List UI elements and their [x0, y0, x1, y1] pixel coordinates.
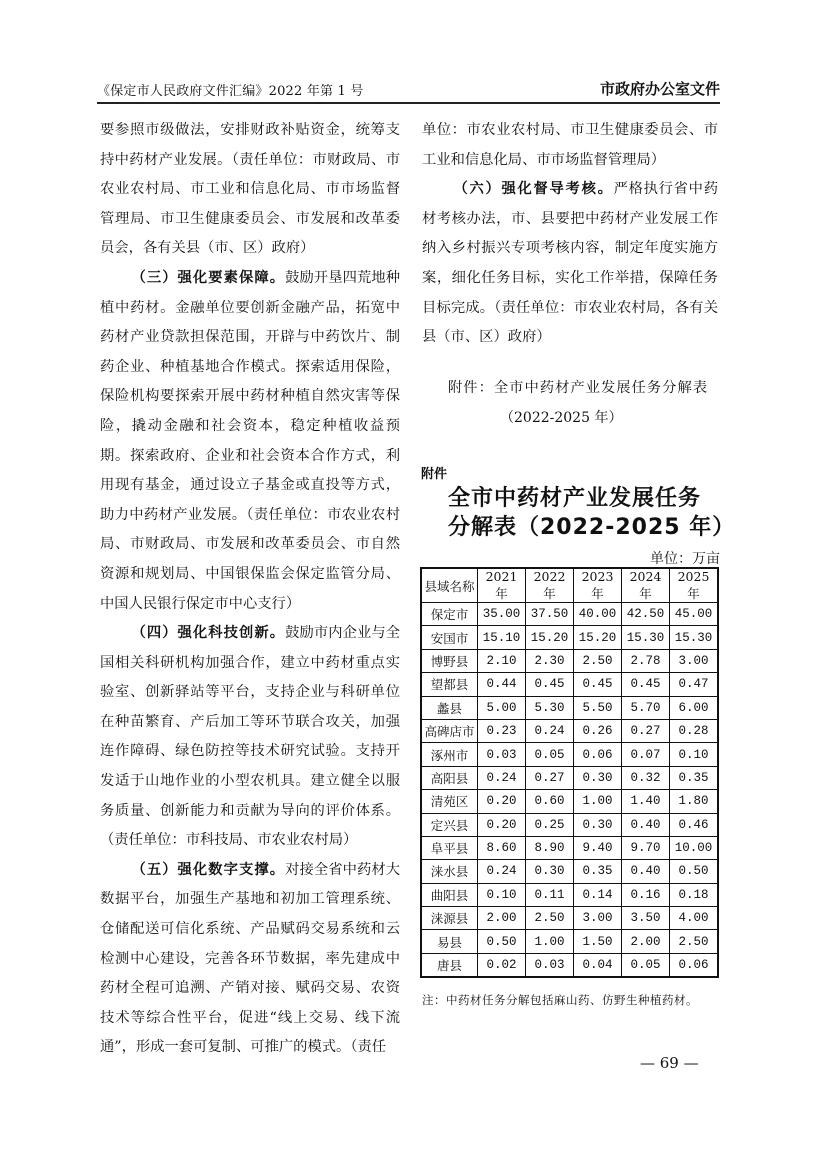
area-value-cell: 0.50: [478, 930, 526, 953]
right-column: 单位：市农业农村局、市卫生健康委员会、市工业和信息化局、市市场监督管理局） （六…: [422, 116, 718, 353]
paragraph-lead: （五）强化数字支撑。: [131, 862, 285, 878]
area-value-cell: 0.30: [574, 766, 622, 789]
county-name-cell: 清苑区: [421, 790, 478, 813]
paragraph-lead: （四）强化科技创新。: [131, 625, 285, 641]
area-value-cell: 3.00: [574, 907, 622, 930]
area-value-cell: 0.10: [478, 883, 526, 906]
area-value-cell: 3.50: [622, 907, 670, 930]
county-name-cell: 涿州市: [421, 743, 478, 766]
area-value-cell: 0.05: [526, 743, 574, 766]
county-name-cell: 蠡县: [421, 696, 478, 719]
area-value-cell: 0.30: [526, 860, 574, 883]
area-value-cell: 1.80: [670, 790, 719, 813]
table-body: 保定市35.0037.5040.0042.5045.00安国市15.1015.2…: [421, 603, 718, 978]
area-value-cell: 1.00: [574, 790, 622, 813]
area-value-cell: 0.05: [622, 953, 670, 977]
area-value-cell: 0.07: [622, 743, 670, 766]
area-value-cell: 0.18: [670, 883, 719, 906]
area-value-cell: 3.00: [670, 649, 719, 672]
area-value-cell: 2.78: [622, 649, 670, 672]
area-value-cell: 0.27: [526, 766, 574, 789]
header-rule: [97, 102, 720, 104]
area-value-cell: 9.70: [622, 836, 670, 859]
area-value-cell: 0.46: [670, 813, 719, 836]
area-value-cell: 15.20: [574, 626, 622, 649]
county-name-cell: 安国市: [421, 626, 478, 649]
area-value-cell: 0.60: [526, 790, 574, 813]
area-value-cell: 5.50: [574, 696, 622, 719]
county-name-cell: 曲阳县: [421, 883, 478, 906]
area-value-cell: 6.00: [670, 696, 719, 719]
area-value-cell: 15.10: [478, 626, 526, 649]
area-value-cell: 2.50: [574, 649, 622, 672]
annex-title-line-1: 全市中药材产业发展任务: [448, 484, 735, 513]
county-name-cell: 易县: [421, 930, 478, 953]
page-number: — 69 —: [640, 1054, 699, 1072]
annex-title: 全市中药材产业发展任务 分解表（2022-2025 年）: [448, 484, 735, 542]
area-value-cell: 0.24: [526, 719, 574, 742]
column-header: 2025 年: [670, 568, 719, 603]
attachment-reference: 附件：全市中药材产业发展任务分解表: [448, 377, 708, 397]
area-value-cell: 2.50: [526, 907, 574, 930]
attachment-reference-years: （2022-2025 年）: [500, 407, 622, 427]
area-value-cell: 1.40: [622, 790, 670, 813]
area-value-cell: 0.20: [478, 813, 526, 836]
table-row: 涞水县0.240.300.350.400.50: [421, 860, 718, 883]
area-value-cell: 2.00: [622, 930, 670, 953]
county-name-cell: 阜平县: [421, 836, 478, 859]
area-value-cell: 0.02: [478, 953, 526, 977]
table-row: 安国市15.1015.2015.2015.3015.30: [421, 626, 718, 649]
area-value-cell: 0.40: [622, 860, 670, 883]
area-value-cell: 0.23: [478, 719, 526, 742]
running-header: 《保定市人民政府文件汇编》2022 年第 1 号 市政府办公室文件: [97, 78, 720, 102]
county-name-cell: 涞水县: [421, 860, 478, 883]
county-name-cell: 定兴县: [421, 813, 478, 836]
column-header: 2024 年: [622, 568, 670, 603]
table-row: 定兴县0.200.250.300.400.46: [421, 813, 718, 836]
county-name-cell: 涞源县: [421, 907, 478, 930]
area-value-cell: 8.60: [478, 836, 526, 859]
paragraph-continuation: 要参照市级做法，安排财政补贴资金，统筹支持中药材产业发展。（责任单位：市财政局、…: [100, 116, 400, 264]
area-value-cell: 0.04: [574, 953, 622, 977]
table-header-row: 县域名称 2021 年 2022 年 2023 年 2024 年 2025 年: [421, 568, 718, 603]
area-value-cell: 42.50: [622, 603, 670, 626]
annex-title-line-2: 分解表（2022-2025 年）: [448, 513, 735, 542]
area-value-cell: 40.00: [574, 603, 622, 626]
area-value-cell: 0.47: [670, 673, 719, 696]
area-value-cell: 2.10: [478, 649, 526, 672]
column-header: 2022 年: [526, 568, 574, 603]
area-value-cell: 0.16: [622, 883, 670, 906]
paragraph-supervision: （六）强化督导考核。严格执行省中药材考核办法，市、县要把中药材产业发展工作纳入乡…: [422, 175, 718, 353]
area-value-cell: 0.11: [526, 883, 574, 906]
area-value-cell: 0.40: [622, 813, 670, 836]
county-name-cell: 唐县: [421, 953, 478, 977]
table-note: 注：中药材任务分解包括麻山药、仿野生种植药材。: [422, 992, 698, 1008]
area-value-cell: 8.90: [526, 836, 574, 859]
paragraph-continuation: 单位：市农业农村局、市卫生健康委员会、市工业和信息化局、市市场监督管理局）: [422, 116, 718, 175]
area-value-cell: 0.06: [670, 953, 719, 977]
section-title: 市政府办公室文件: [600, 78, 720, 99]
area-value-cell: 0.28: [670, 719, 719, 742]
area-value-cell: 0.27: [622, 719, 670, 742]
area-value-cell: 0.06: [574, 743, 622, 766]
left-column: 要参照市级做法，安排财政补贴资金，统筹支持中药材产业发展。（责任单位：市财政局、…: [100, 116, 400, 1063]
area-value-cell: 0.44: [478, 673, 526, 696]
county-name-cell: 保定市: [421, 603, 478, 626]
table-row: 保定市35.0037.5040.0042.5045.00: [421, 603, 718, 626]
area-value-cell: 0.50: [670, 860, 719, 883]
area-value-cell: 37.50: [526, 603, 574, 626]
paragraph-tech-innovation: （四）强化科技创新。鼓励市内企业与全国相关科研机构加强合作，建立中药材重点实验室…: [100, 619, 400, 856]
table-row: 高碑店市0.230.240.260.270.28: [421, 719, 718, 742]
area-value-cell: 0.35: [574, 860, 622, 883]
annex-label: 附件: [421, 463, 447, 482]
area-value-cell: 9.40: [574, 836, 622, 859]
area-value-cell: 0.24: [478, 860, 526, 883]
table-row: 博野县2.102.302.502.783.00: [421, 649, 718, 672]
area-value-cell: 0.30: [574, 813, 622, 836]
area-value-cell: 2.30: [526, 649, 574, 672]
area-value-cell: 0.14: [574, 883, 622, 906]
area-value-cell: 15.20: [526, 626, 574, 649]
area-value-cell: 0.45: [574, 673, 622, 696]
county-name-cell: 望都县: [421, 673, 478, 696]
area-value-cell: 45.00: [670, 603, 719, 626]
area-value-cell: 1.00: [526, 930, 574, 953]
county-name-cell: 博野县: [421, 649, 478, 672]
table-row: 蠡县5.005.305.505.706.00: [421, 696, 718, 719]
table-row: 曲阳县0.100.110.140.160.18: [421, 883, 718, 906]
area-value-cell: 5.30: [526, 696, 574, 719]
table-row: 阜平县8.608.909.409.7010.00: [421, 836, 718, 859]
area-value-cell: 15.30: [622, 626, 670, 649]
area-value-cell: 0.25: [526, 813, 574, 836]
area-value-cell: 0.03: [526, 953, 574, 977]
task-breakdown-table: 县域名称 2021 年 2022 年 2023 年 2024 年 2025 年 …: [420, 567, 719, 978]
area-value-cell: 10.00: [670, 836, 719, 859]
area-value-cell: 35.00: [478, 603, 526, 626]
area-value-cell: 4.00: [670, 907, 719, 930]
column-header: 2021 年: [478, 568, 526, 603]
paragraph-digital-support: （五）强化数字支撑。对接全省中药材大数据平台，加强生产基地和初加工管理系统、仓储…: [100, 856, 400, 1063]
area-value-cell: 5.00: [478, 696, 526, 719]
area-value-cell: 0.45: [526, 673, 574, 696]
table-row: 涞源县2.002.503.003.504.00: [421, 907, 718, 930]
area-value-cell: 0.03: [478, 743, 526, 766]
paragraph-factor-guarantee: （三）强化要素保障。鼓励开垦四荒地种植中药材。金融单位要创新金融产品，拓宽中药材…: [100, 264, 400, 619]
table-row: 望都县0.440.450.450.450.47: [421, 673, 718, 696]
area-value-cell: 0.32: [622, 766, 670, 789]
publication-title: 《保定市人民政府文件汇编》2022 年第 1 号: [97, 80, 364, 99]
area-value-cell: 1.50: [574, 930, 622, 953]
area-value-cell: 0.10: [670, 743, 719, 766]
table-row: 清苑区0.200.601.001.401.80: [421, 790, 718, 813]
unit-label: 单位：万亩: [650, 548, 720, 568]
area-value-cell: 0.26: [574, 719, 622, 742]
area-value-cell: 0.20: [478, 790, 526, 813]
area-value-cell: 5.70: [622, 696, 670, 719]
area-value-cell: 2.00: [478, 907, 526, 930]
column-header: 县域名称: [421, 568, 478, 603]
area-value-cell: 0.35: [670, 766, 719, 789]
area-value-cell: 0.24: [478, 766, 526, 789]
table-row: 高阳县0.240.270.300.320.35: [421, 766, 718, 789]
table-row: 涿州市0.030.050.060.070.10: [421, 743, 718, 766]
county-name-cell: 高碑店市: [421, 719, 478, 742]
table-row: 唐县0.020.030.040.050.06: [421, 953, 718, 977]
area-value-cell: 2.50: [670, 930, 719, 953]
area-value-cell: 0.45: [622, 673, 670, 696]
paragraph-lead: （六）强化督导考核。: [453, 181, 613, 197]
area-value-cell: 15.30: [670, 626, 719, 649]
table-row: 易县0.501.001.502.002.50: [421, 930, 718, 953]
county-name-cell: 高阳县: [421, 766, 478, 789]
column-header: 2023 年: [574, 568, 622, 603]
paragraph-lead: （三）强化要素保障。: [131, 270, 285, 286]
